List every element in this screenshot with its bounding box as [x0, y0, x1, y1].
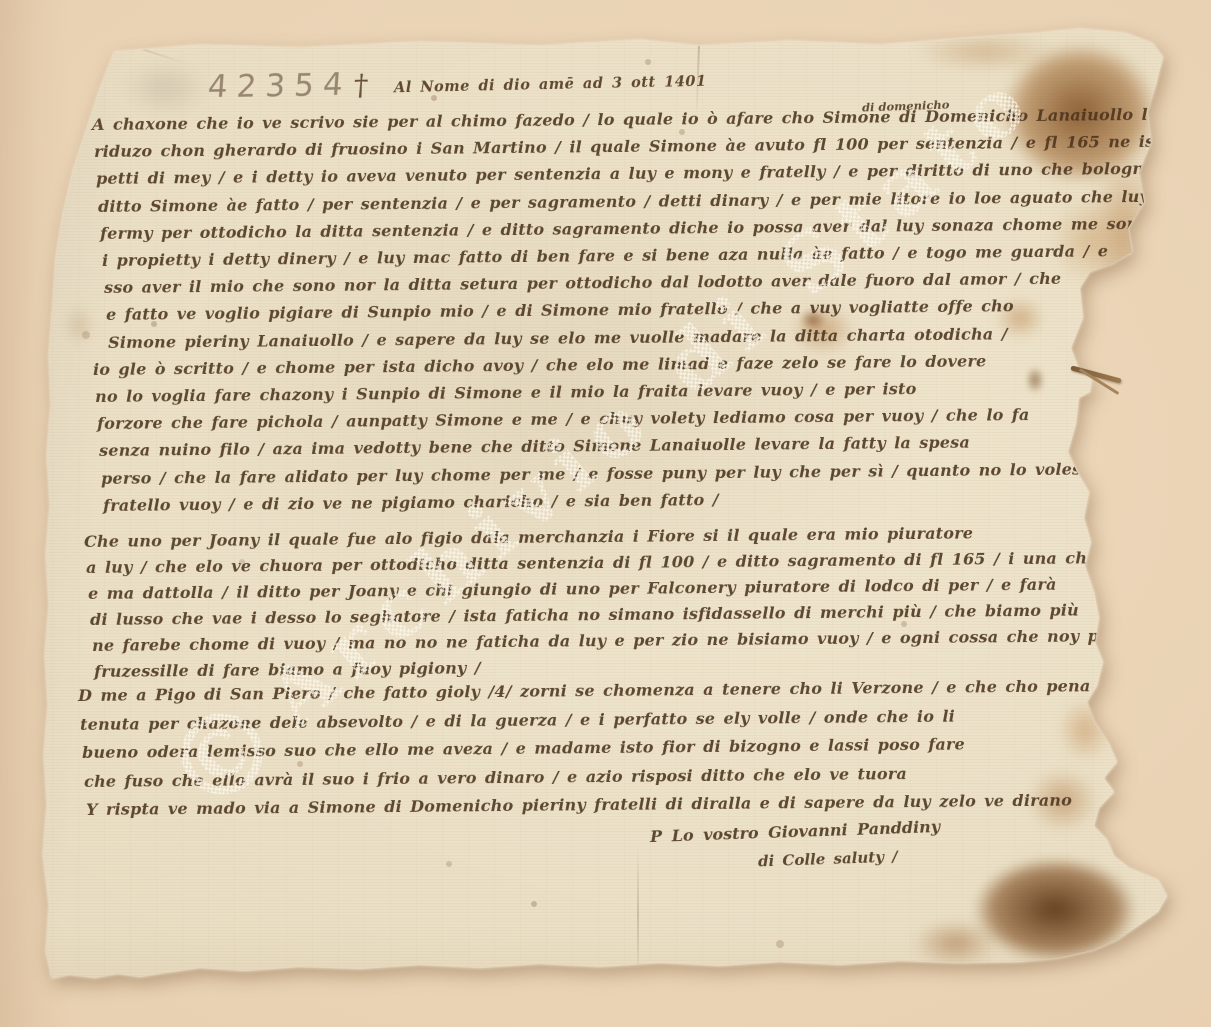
signature-line-2: di Colle saluty / — [758, 848, 898, 871]
manuscript-line: senza nuino filo / aza ima vedotty bene … — [99, 435, 970, 459]
crease-bottom-center — [637, 845, 639, 985]
manuscript-line: forzore che fare pichola / aunpatty Simo… — [97, 407, 1030, 432]
manuscript-line: fermy per ottodicho la ditta sentenzia /… — [100, 215, 1204, 242]
manuscript-line: sso aver il mio che sono nor la ditta se… — [104, 271, 1061, 296]
ink-blot — [1022, 362, 1048, 398]
manuscript-line: che fuso che ello avrà il suo i frio a v… — [84, 766, 907, 790]
manuscript-line: Che uno per Joany il quale fue alo figio… — [84, 525, 973, 550]
dateline-heading: Al Nome di dio amē ad 3 ott 1401 — [394, 73, 707, 97]
stain-top-edge-streak — [890, 26, 1080, 78]
stain-right-lower-a — [1050, 688, 1120, 773]
manuscript-line: A chaxone che io ve scrivo sie per al ch… — [92, 106, 1211, 133]
manuscript-line: tenuta per chazone dele absevolto / e di… — [80, 708, 955, 732]
manuscript-line: no lo voglia fare chazony i Sunpio di Si… — [95, 381, 917, 405]
manuscript-line: ditto Simone àe fatto / per sentenzia / … — [98, 188, 1180, 214]
manuscript-line: i propietty i detty dinery / e luy mac f… — [102, 243, 1108, 269]
manuscript-line: riduzo chon gherardo di fruosino i San M… — [94, 134, 1173, 160]
manuscript-line: Y rispta ve mado via a Simone di Domenic… — [86, 793, 1072, 818]
manuscript-line: ne farebe chome di vuoy / ma no no ne fa… — [92, 628, 1156, 654]
manuscript-line: fratello vuoy / e di zio ve ne pigiamo c… — [103, 492, 719, 514]
manuscript-line: Simone pieriny Lanaiuollo / e sapere da … — [108, 326, 1008, 351]
manuscript-scan-canvas: 42354† Al Nome di dio amē ad 3 ott 1401 … — [0, 0, 1211, 1027]
manuscript-line: petti di mey / e i detty io aveva venuto… — [96, 161, 1195, 188]
notary-paraph-mark: † — [353, 68, 370, 102]
manuscript-line: e ma dattolla / il ditto per Joany e chi… — [88, 577, 1057, 602]
archival-number: 42354† — [207, 67, 370, 106]
archival-number-digits: 42354 — [207, 67, 353, 106]
manuscript-line: di lusso che vae i desso lo seghatore / … — [90, 603, 1079, 628]
manuscript-line: fruzessille di fare biamo a fuoy pigiony… — [94, 660, 481, 680]
crease-top-left-corner — [119, 41, 188, 65]
stain-bottom-right-burn — [950, 842, 1160, 977]
signature-line-1: P Lo vostro Giovanni Panddiny — [650, 817, 941, 846]
manuscript-line: io gle ò scritto / e chome per ista dich… — [93, 353, 987, 378]
paper-shadow-wrap: 42354† Al Nome di dio amē ad 3 ott 1401 … — [0, 0, 1211, 1027]
letter-paper: 42354† Al Nome di dio amē ad 3 ott 1401 … — [0, 0, 1211, 1027]
stain-right-edge-upper — [1080, 120, 1170, 350]
manuscript-line: perso / che la fare alidato per luy chom… — [101, 461, 1101, 487]
manuscript-line: bueno odera lemisso suo che ello me avez… — [82, 737, 965, 761]
stain-bottom-edge — [898, 912, 1013, 974]
foxing-speckles — [0, 0, 4, 4]
manuscript-line: D me a Pigo di San Piero / che fatto gio… — [78, 678, 1118, 704]
stain-left-edge — [58, 298, 100, 353]
manuscript-line: a luy / che elo ve chuora per ottodicho … — [86, 550, 1098, 576]
manuscript-line: e fatto ve voglio pigiare di Sunpio mio … — [106, 299, 1014, 324]
